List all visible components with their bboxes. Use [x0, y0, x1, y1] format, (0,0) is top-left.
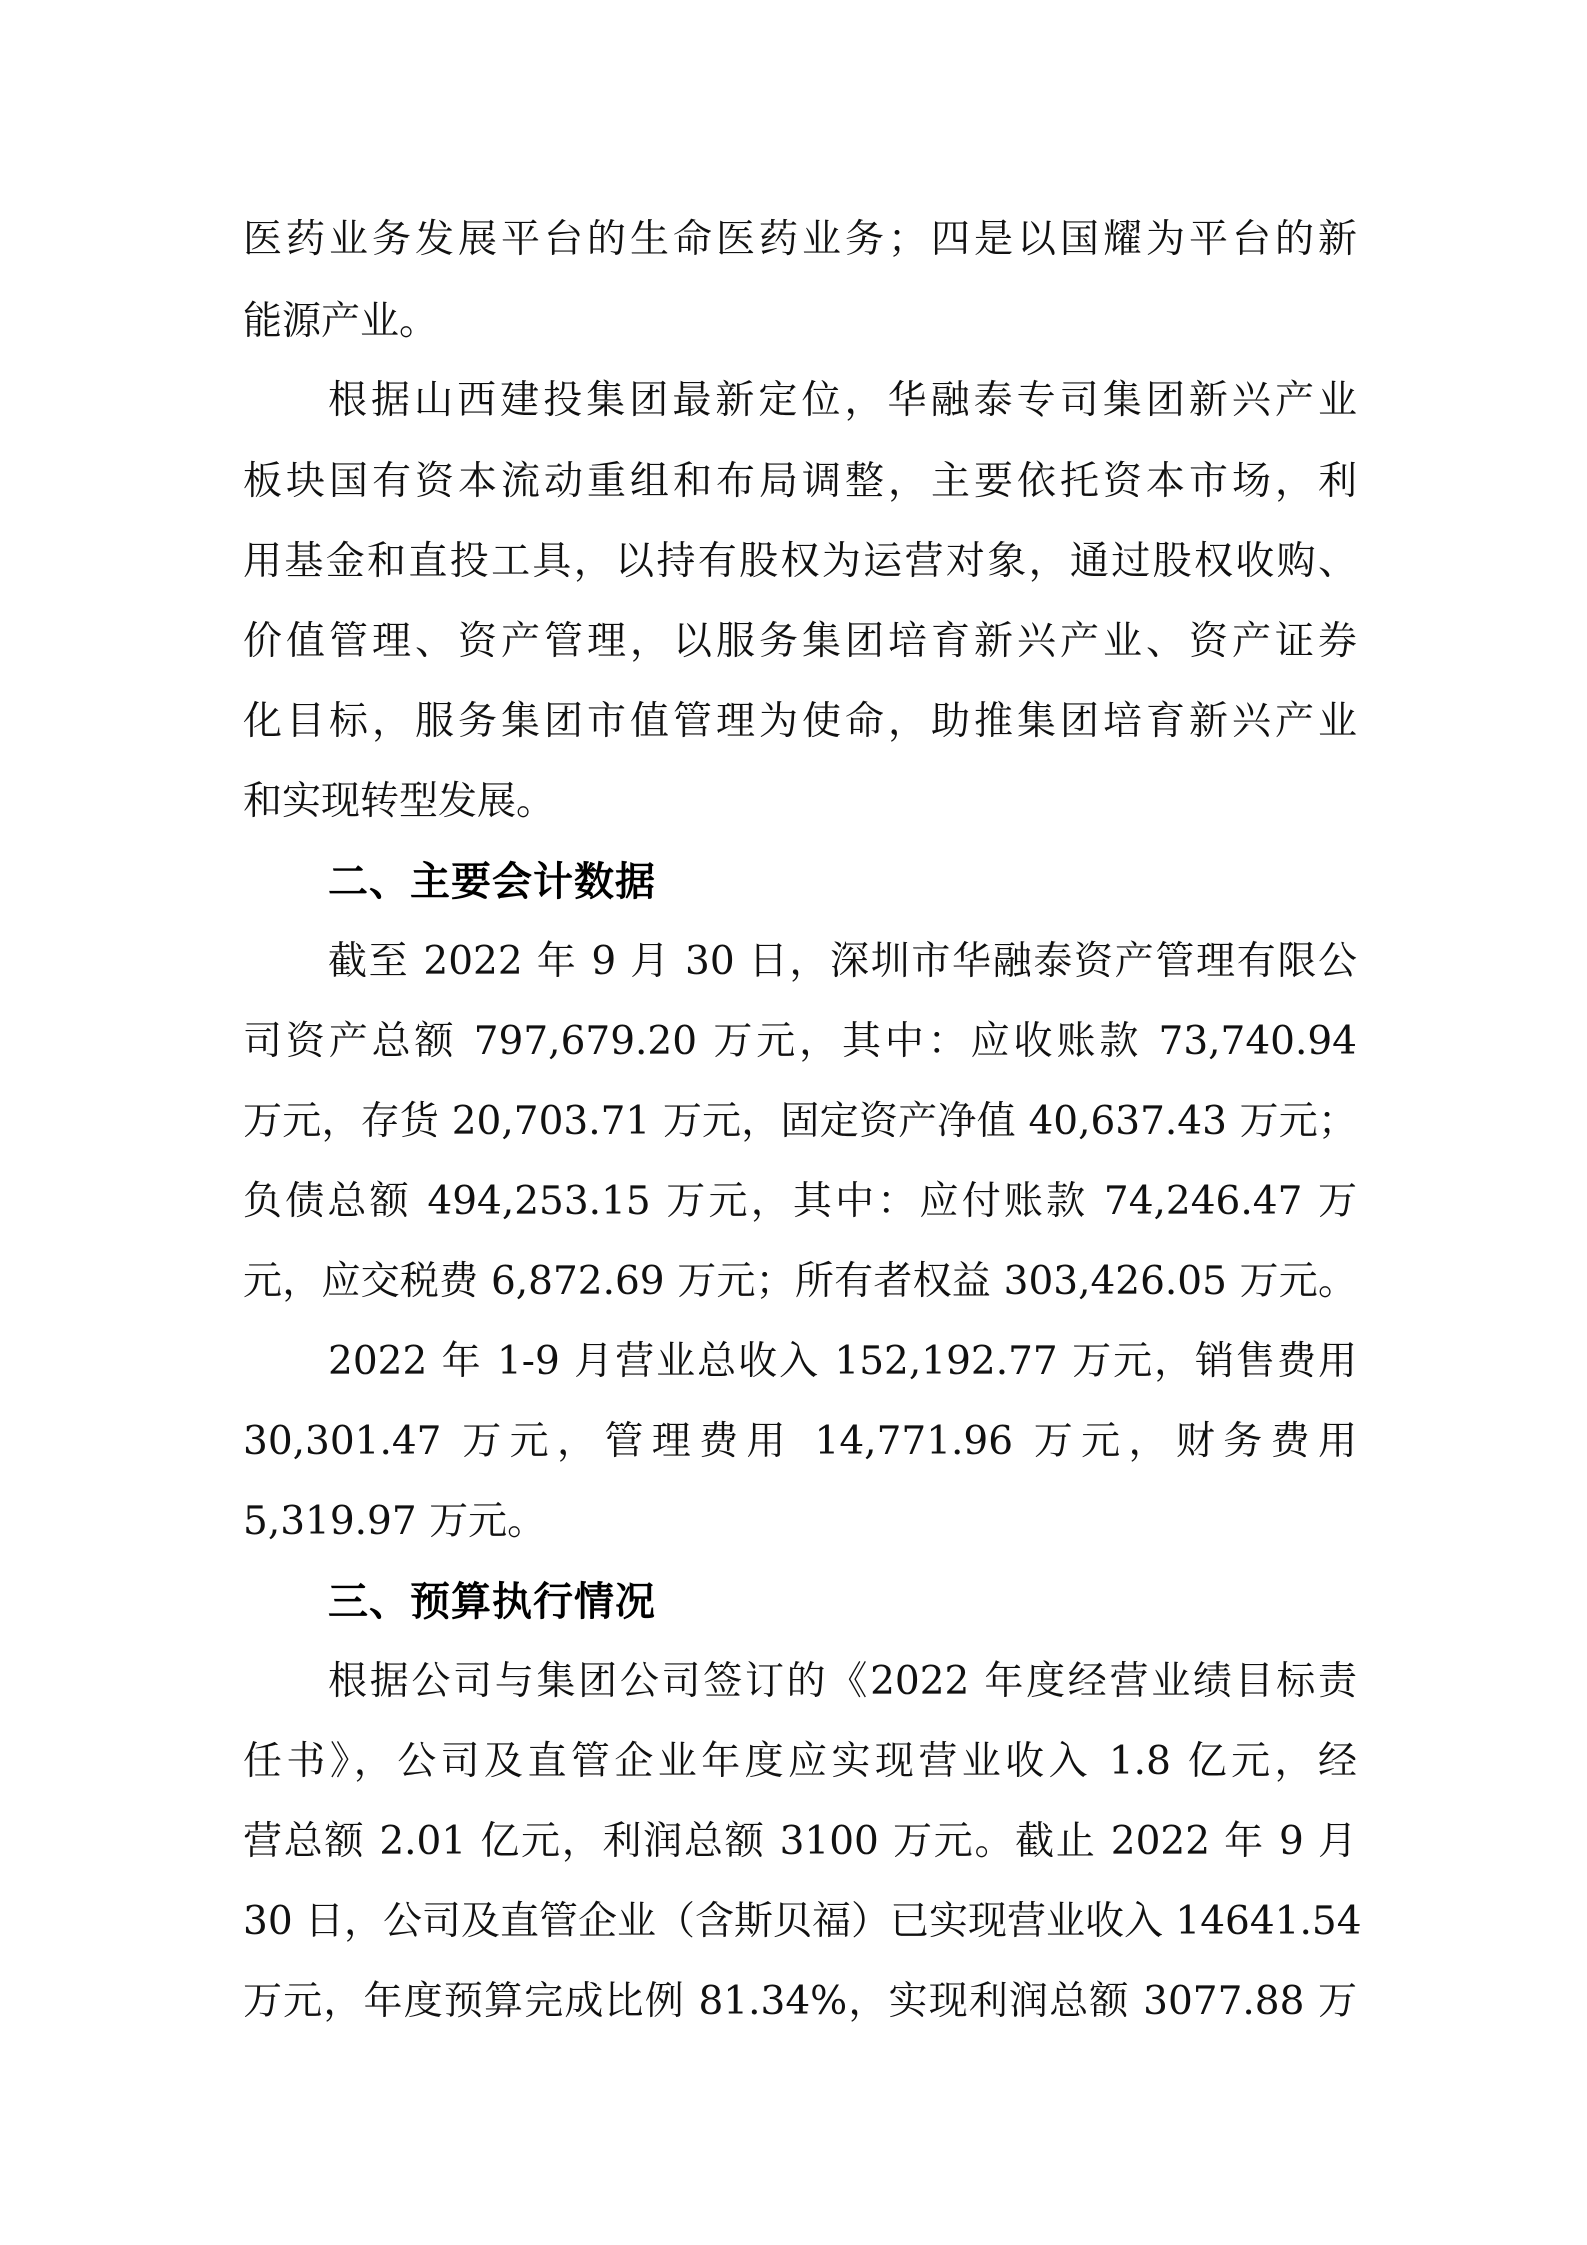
- text-line: 元，应交税费 6,872.69 万元；所有者权益 303,426.05 万元。: [243, 1254, 1357, 1310]
- text-line: 化目标，服务集团市值管理为使命，助推集团培育新兴产业: [243, 694, 1357, 750]
- text-line: 负债总额 494,253.15 万元，其中：应付账款 74,246.47 万: [243, 1174, 1357, 1230]
- text-line: 能源产业。: [243, 294, 1357, 350]
- text-line: 和实现转型发展。: [243, 774, 1357, 830]
- text-line: 万元，存货 20,703.71 万元，固定资产净值 40,637.43 万元；: [243, 1094, 1357, 1150]
- text-line: 30,301.47 万元，管理费用 14,771.96 万元，财务费用: [243, 1414, 1357, 1470]
- text-line: 30 日，公司及直管企业（含斯贝福）已实现营业收入 14641.54: [243, 1894, 1357, 1950]
- document-page: 医药业务发展平台的生命医药业务；四是以国耀为平台的新 能源产业。 根据山西建投集…: [0, 0, 1587, 2245]
- text-line: 医药业务发展平台的生命医药业务；四是以国耀为平台的新: [243, 212, 1357, 268]
- section-heading-budget-execution: 三、预算执行情况: [328, 1574, 656, 1630]
- text-line: 任书》，公司及直管企业年度应实现营业收入 1.8 亿元，经: [243, 1734, 1357, 1790]
- text-line: 价值管理、资产管理，以服务集团培育新兴产业、资产证券: [243, 614, 1357, 670]
- text-line: 营总额 2.01 亿元，利润总额 3100 万元。截止 2022 年 9 月: [243, 1814, 1357, 1870]
- text-line: 根据公司与集团公司签订的《2022 年度经营业绩目标责: [328, 1654, 1357, 1710]
- text-line: 板块国有资本流动重组和布局调整，主要依托资本市场，利: [243, 454, 1357, 510]
- text-line: 司资产总额 797,679.20 万元，其中：应收账款 73,740.94: [243, 1014, 1357, 1070]
- text-line: 万元，年度预算完成比例 81.34%，实现利润总额 3077.88 万: [243, 1974, 1357, 2030]
- text-line: 截至 2022 年 9 月 30 日，深圳市华融泰资产管理有限公: [328, 934, 1357, 990]
- text-line: 用基金和直投工具，以持有股权为运营对象，通过股权收购、: [243, 534, 1357, 590]
- section-heading-accounting-data: 二、主要会计数据: [328, 854, 656, 910]
- text-line: 5,319.97 万元。: [243, 1494, 1357, 1550]
- text-line: 2022 年 1-9 月营业总收入 152,192.77 万元，销售费用: [328, 1334, 1357, 1390]
- text-line: 根据山西建投集团最新定位，华融泰专司集团新兴产业: [328, 373, 1357, 429]
